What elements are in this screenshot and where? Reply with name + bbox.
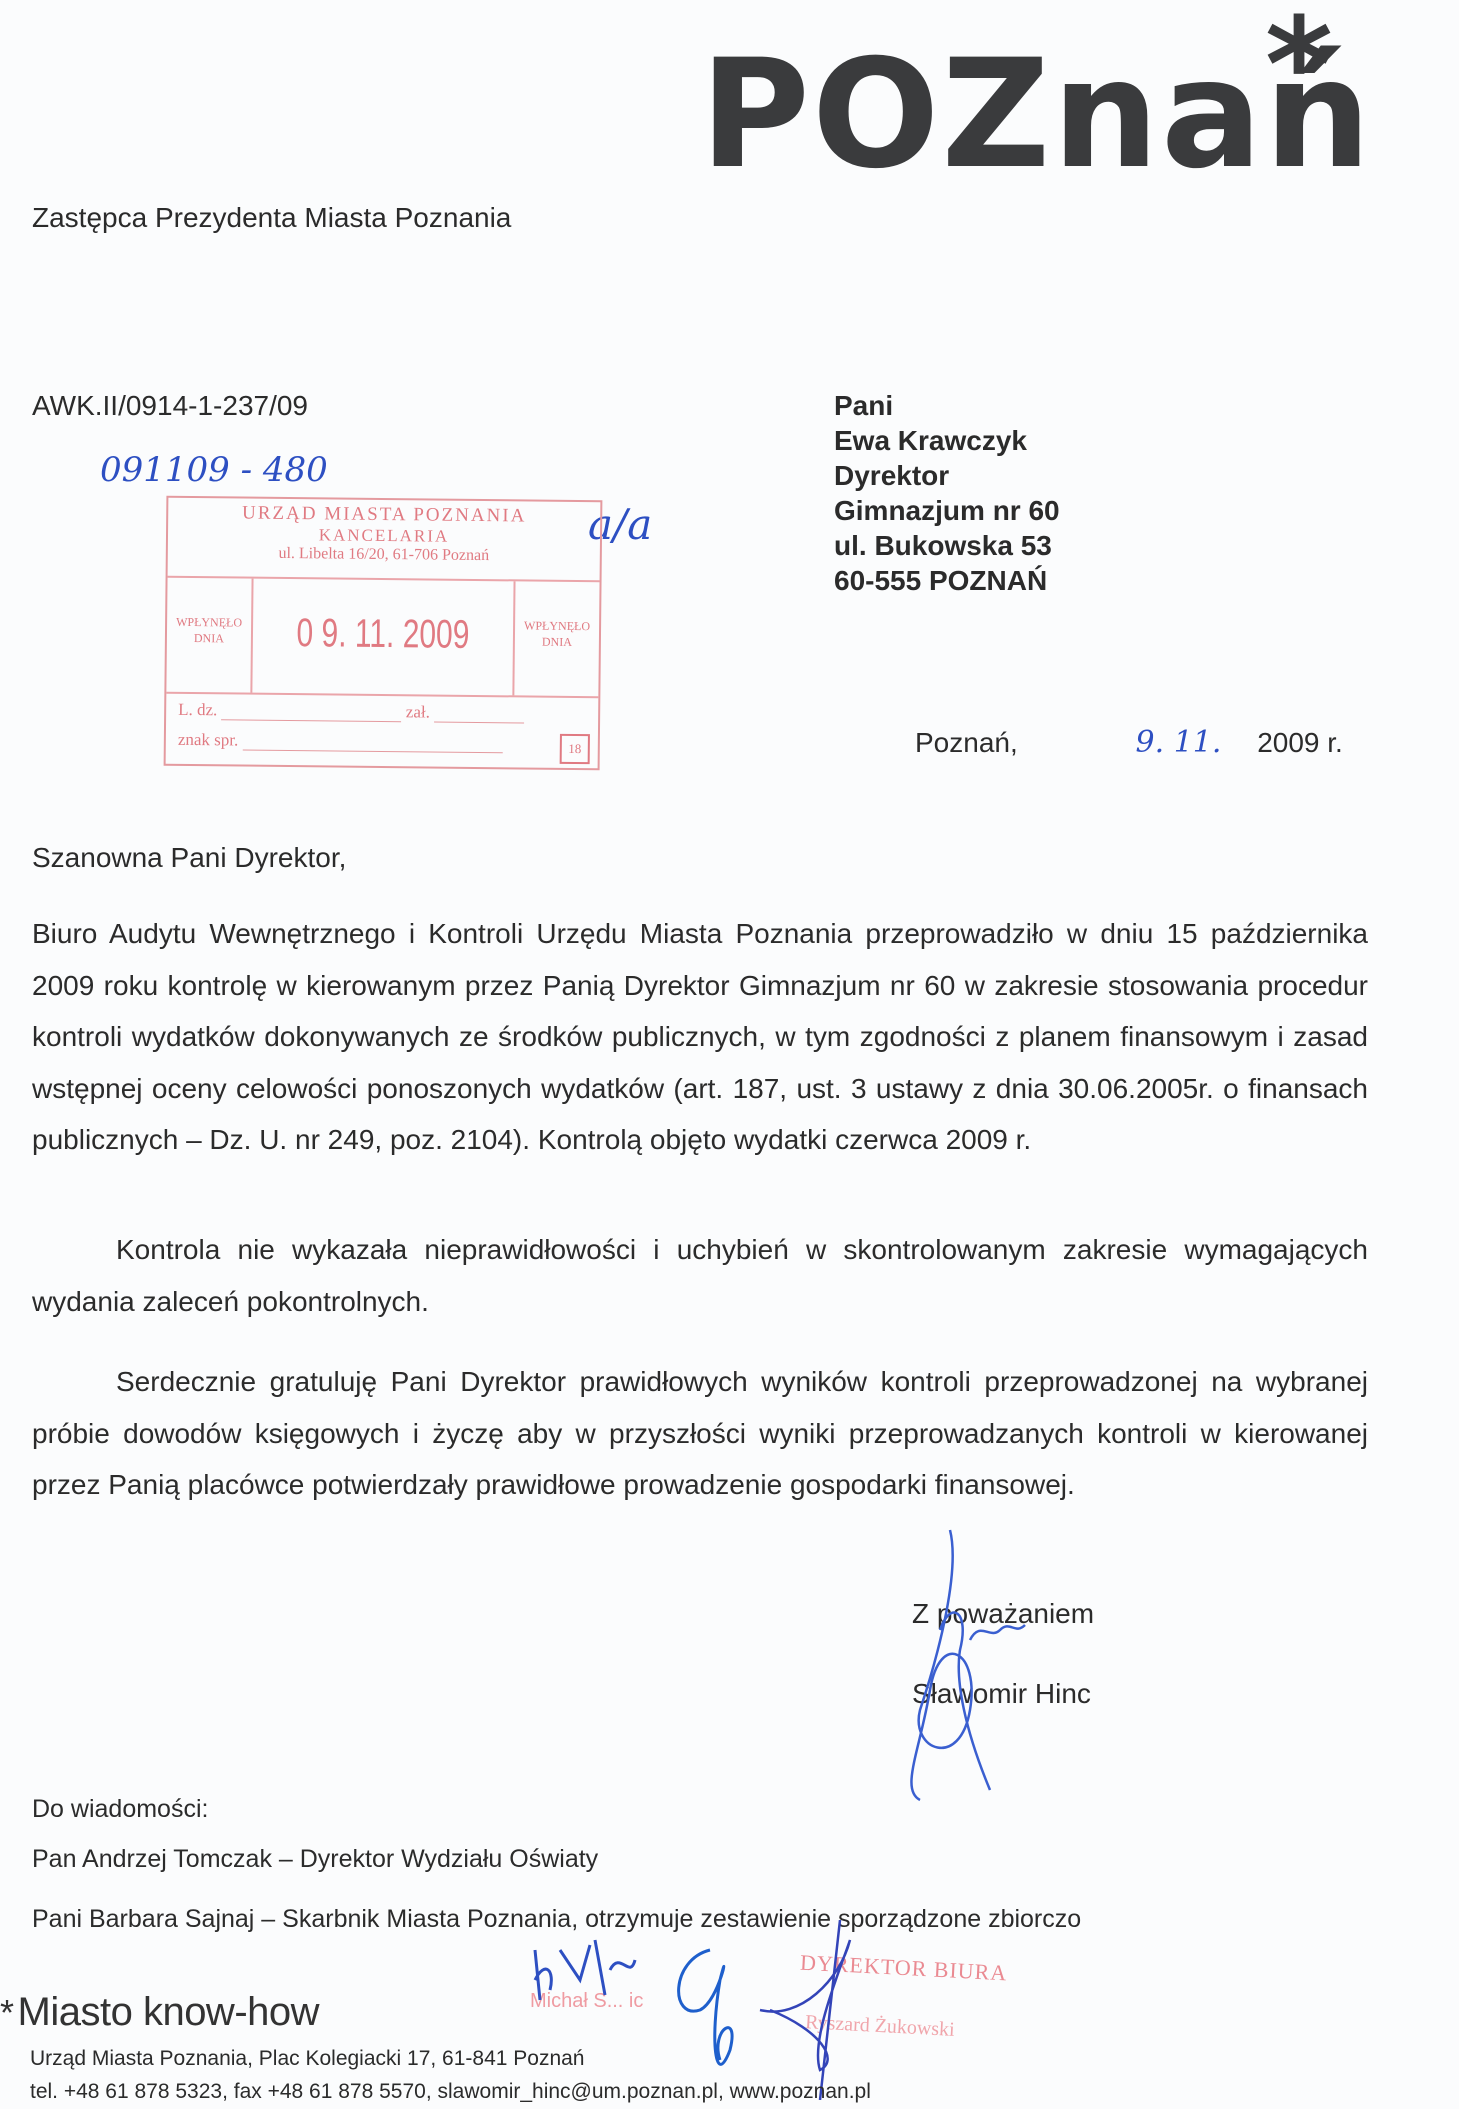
intake-stamp: URZĄD MIASTA POZNANIA KANCELARIA ul. Lib… (164, 496, 603, 771)
stamp-zal-line (434, 722, 524, 724)
sender-title: Zastępca Prezydenta Miasta Poznania (32, 202, 511, 234)
stamp-date-row: WPŁYNĘŁO DNIA 0 9. 11. 2009 WPŁYNĘŁO DNI… (166, 578, 599, 699)
recipient-line: ul. Bukowska 53 (834, 528, 1060, 563)
footer-tagline: *Miasto know-how (0, 1990, 319, 2035)
paragraph-3: Serdecznie gratuluję Pani Dyrektor prawi… (32, 1356, 1368, 1511)
stamp-footer: L. dz. zał. znak spr. 18 (166, 694, 599, 771)
handwritten-date: 9. 11. (1136, 725, 1222, 760)
footer-contact: tel. +48 61 878 5323, fax +48 61 878 557… (30, 2080, 871, 2104)
stamp-zal-label: zał. (406, 702, 430, 721)
stamp-znak-label: znak spr. (178, 730, 239, 750)
stamp-ldz-label: L. dz. (178, 700, 217, 719)
footer-address: Urząd Miasta Poznania, Plac Kolegiacki 1… (30, 2047, 585, 2071)
place-and-date: Poznań, 9. 11. 2009 r. (915, 725, 1343, 760)
date-year: 2009 r. (1257, 727, 1343, 758)
salutation: Szanowna Pani Dyrektor, (32, 842, 346, 874)
cc-item: Pan Andrzej Tomczak – Dyrektor Wydziału … (32, 1845, 598, 1874)
paragraph-2: Kontrola nie wykazała nieprawidłowości i… (32, 1224, 1368, 1327)
recipient-line: Dyrektor (834, 458, 1060, 493)
handwritten-registry-code: 091109 - 480 (100, 450, 328, 490)
tagline-text: Miasto know-how (18, 1990, 320, 2034)
stamp-received-label-left: WPŁYNĘŁO DNIA (166, 578, 253, 693)
stamp-received-label-right: WPŁYNĘŁO DNIA (512, 581, 599, 696)
handwritten-signature-icon (900, 1510, 1080, 1810)
recipient-line: Gimnazjum nr 60 (834, 493, 1060, 528)
stamp-address: ul. Libelta 16/20, 61-706 Poznań (168, 544, 600, 567)
recipient-line: Pani (834, 388, 1060, 423)
place: Poznań, (915, 727, 1018, 758)
case-reference-number: AWK.II/0914-1-237/09 (32, 390, 308, 422)
asterisk-icon: * (0, 1992, 14, 2033)
initials-signatures-icon (520, 1920, 900, 2100)
recipient-line: Ewa Krawczyk (834, 423, 1060, 458)
stamp-ldz-line (222, 719, 402, 722)
stamp-box-number: 18 (560, 734, 590, 764)
recipient-address: Pani Ewa Krawczyk Dyrektor Gimnazjum nr … (834, 388, 1060, 598)
paragraph-1: Biuro Audytu Wewnętrznego i Kontroli Urz… (32, 908, 1368, 1166)
stamp-received-date: 0 9. 11. 2009 (285, 579, 481, 695)
logo-asterisk-icon: * (1265, 0, 1333, 130)
cc-label: Do wiadomości: (32, 1795, 208, 1824)
recipient-line: 60-555 POZNAŃ (834, 563, 1060, 598)
stamp-znak-line (242, 750, 502, 754)
stamp-header: URZĄD MIASTA POZNANIA KANCELARIA ul. Lib… (168, 502, 601, 583)
